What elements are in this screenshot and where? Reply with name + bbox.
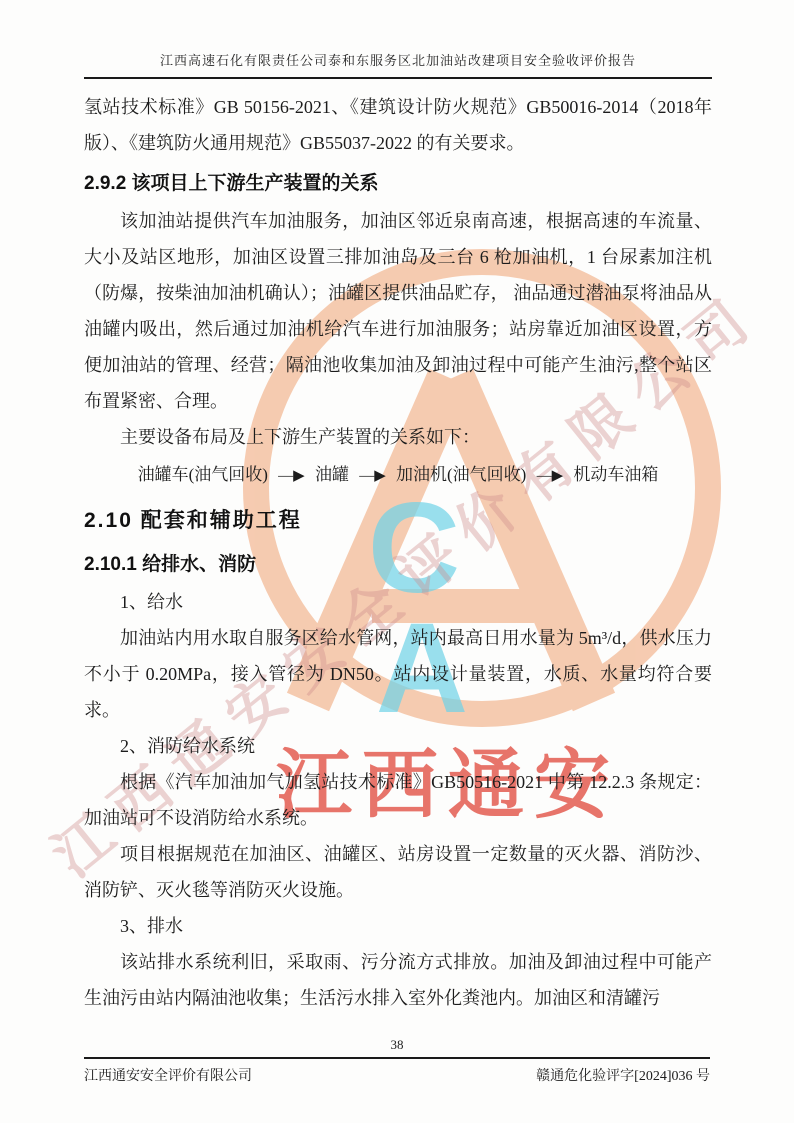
footer-company-name: 江西通安安全评价有限公司 (84, 1065, 252, 1085)
item-1-title: 1、给水 (84, 584, 712, 620)
page-number: 38 (84, 1037, 710, 1059)
page-content: 江西高速石化有限责任公司泰和东服务区北加油站改建项目安全验收评价报告 氢站技术标… (0, 0, 794, 1016)
document-page: C A 江西通安安全评价有限公司 江西通安 江西高速石化有限责任公司泰和东服务区… (0, 0, 794, 1123)
section-2-10-1-heading: 2.10.1 给排水、消防 (84, 546, 712, 584)
item-1-paragraph: 加油站内用水取自服务区给水管网，站内最高日用水量为 5m³/d，供水压力不小于 … (84, 620, 712, 728)
item-2-paragraph-1: 根据《汽车加油加气加氢站技术标准》GB50516-2021 中第 12.2.3 … (84, 764, 712, 836)
flow-arrow-icon: —▶ (272, 468, 311, 484)
intro-paragraph: 氢站技术标准》GB 50156-2021、《建筑设计防火规范》GB50016-2… (84, 89, 712, 161)
process-flow-line: 油罐车(油气回收) —▶ 油罐 —▶ 加油机(油气回收) —▶ 机动车油箱 (84, 457, 712, 494)
page-footer: 38 江西通安安全评价有限公司 赣通危化验评字[2024]036 号 (0, 1037, 794, 1085)
section-2-9-2-paragraph-1: 该加油站提供汽车加油服务，加油区邻近泉南高速，根据高速的车流量、大小及站区地形，… (84, 203, 712, 419)
body-text: 氢站技术标准》GB 50156-2021、《建筑设计防火规范》GB50016-2… (84, 89, 712, 1016)
flow-node-vehicle-tank: 机动车油箱 (573, 465, 658, 484)
item-2-title: 2、消防给水系统 (84, 728, 712, 764)
item-2-paragraph-2: 项目根据规范在加油区、油罐区、站房设置一定数量的灭火器、消防沙、消防铲、灭火毯等… (84, 836, 712, 908)
section-2-9-2-paragraph-2: 主要设备布局及上下游生产装置的关系如下： (84, 419, 712, 455)
section-2-10-heading: 2.10 配套和辅助工程 (84, 500, 712, 542)
flow-node-dispenser: 加油机(油气回收) (396, 465, 526, 484)
item-3-title: 3、排水 (84, 908, 712, 944)
flow-arrow-icon: —▶ (531, 468, 570, 484)
page-header-title: 江西高速石化有限责任公司泰和东服务区北加油站改建项目安全验收评价报告 (84, 0, 712, 79)
footer-document-number: 赣通危化验评字[2024]036 号 (536, 1065, 710, 1085)
flow-node-tanker: 油罐车(油气回收) (138, 465, 268, 484)
flow-arrow-icon: —▶ (353, 468, 392, 484)
flow-node-tank: 油罐 (315, 465, 349, 484)
section-2-9-2-heading: 2.9.2 该项目上下游生产装置的关系 (84, 165, 712, 203)
item-3-paragraph: 该站排水系统利旧，采取雨、污分流方式排放。加油及卸油过程中可能产生油污由站内隔油… (84, 944, 712, 1016)
